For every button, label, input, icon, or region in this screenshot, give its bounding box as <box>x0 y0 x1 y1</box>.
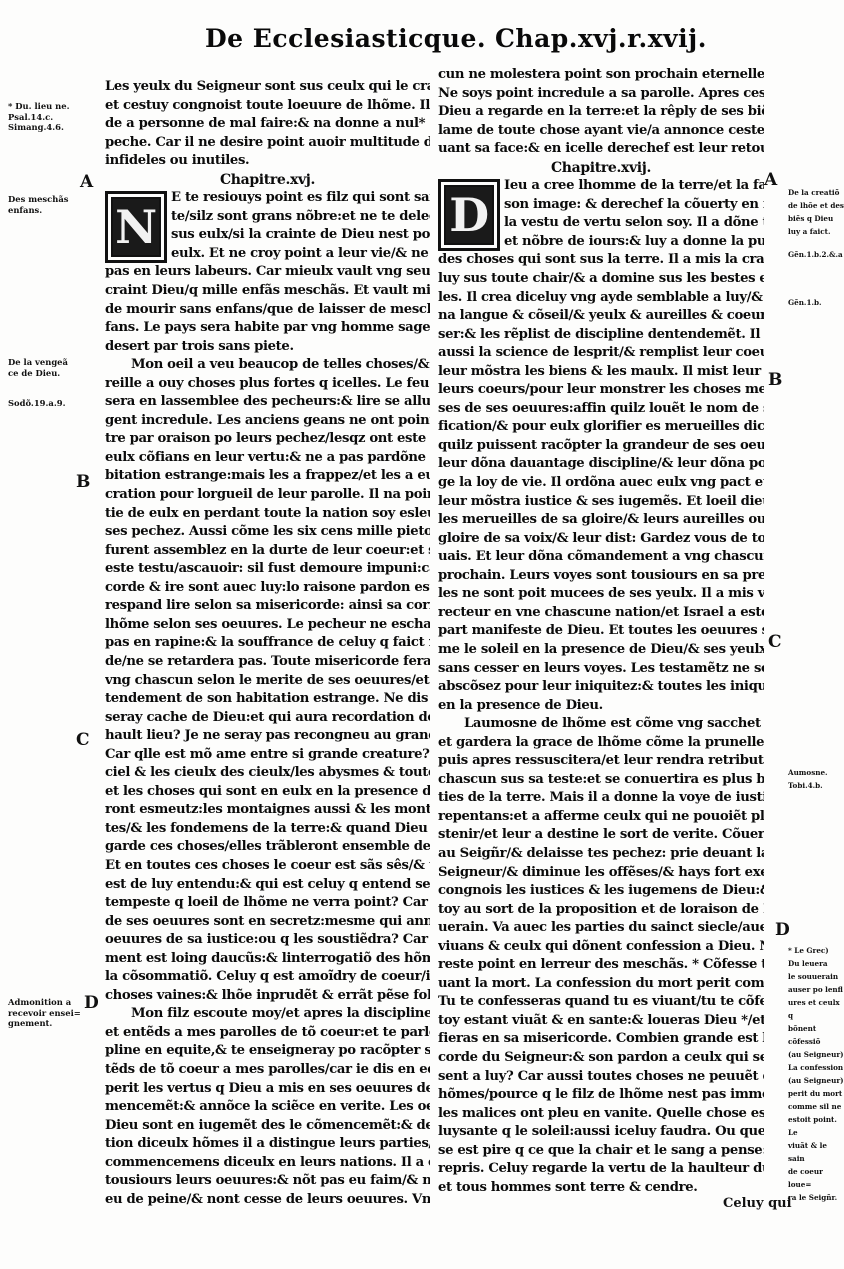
right-pre-chapter-text: cun ne molestera point son prochain eter… <box>438 66 764 159</box>
text-line: cration pour lorgueil de leur parolle. I… <box>105 486 430 505</box>
text-line: aussi la science de lesprit/& remplist l… <box>438 344 764 363</box>
text-line: cun ne molestera point son prochain eter… <box>438 66 764 85</box>
text-line: de ses oeuures sont en secretz:mesme qui… <box>105 913 430 932</box>
text-line: et nõbre de iours:& luy a donne la puiss… <box>504 233 764 252</box>
text-line: mencemẽt:& annõce la sciẽce en verite. L… <box>105 1098 430 1117</box>
text-line: hault lieu? Je ne seray pas recongneu au… <box>105 727 430 746</box>
text-line: ciel & les cieulx des cieulx/les abysmes… <box>105 764 430 783</box>
text-line: eulx cõfians en leur vertu:& ne a pas pa… <box>105 449 430 468</box>
text-line: leurs coeurs/pour leur monstrer les chos… <box>438 381 764 400</box>
text-line: tion diceulx hõmes il a distingue leurs … <box>105 1135 430 1154</box>
illuminated-initial-d: D <box>438 179 500 251</box>
left-dropcap-lines: E te resiouys point es filz qui sont san… <box>171 189 430 263</box>
text-line: puis apres ressuscitera/et leur rendra r… <box>438 752 764 771</box>
text-line: recteur en vne chascune nation/et Israel… <box>438 604 764 623</box>
text-line: luy sus toute chair/& a domine sus les b… <box>438 270 764 289</box>
text-line: et gardera la grace de lhõme cõme la pru… <box>438 734 764 753</box>
illuminated-initial-n: N <box>105 191 167 263</box>
section-marker-c: C <box>768 632 782 652</box>
text-line: son image: & derechef la cõuerty en icel… <box>504 196 764 215</box>
section-marker-d: D <box>84 993 99 1013</box>
text-line: sans cesser en leurs voyes. Les testamẽt… <box>438 660 764 679</box>
text-line: congnois les iustices & les iugemens de … <box>438 882 764 901</box>
text-line: Ieu a cree lhomme de la terre/et la faic… <box>504 177 764 196</box>
text-line: est de luy entendu:& qui est celuy q ent… <box>105 876 430 895</box>
text-line: fication/& pour eulx glorifier es meruei… <box>438 418 764 437</box>
text-line: ties de la terre. Mais il a donne la voy… <box>438 789 764 808</box>
text-line: et entẽds a mes parolles de tõ coeur:et … <box>105 1024 430 1043</box>
catchword: Celuy qui <box>723 1196 792 1211</box>
text-line: ront esmeutz:les montaignes aussi & les … <box>105 801 430 820</box>
text-line: pas en leurs labeurs. Car mieulx vault v… <box>105 263 430 282</box>
text-line: tes/& les fondemens de la terre:& quand … <box>105 820 430 839</box>
text-line: Et en toutes ces choses le coeur est sãs… <box>105 857 430 876</box>
chapter-heading-17: Chapitre.xvij. <box>438 159 764 178</box>
left-paragraph-2: Mon oeil a veu beaucop de telles choses/… <box>105 356 430 1005</box>
text-line: viuans & ceulx qui dõnent confession a D… <box>438 938 764 957</box>
book-page: De Ecclesiasticque. Chap.xvj.r.xvij. Les… <box>0 0 844 1269</box>
text-line: part manifeste de Dieu. Et toutes les oe… <box>438 622 764 641</box>
text-line: Les yeulx du Seigneur sont sus ceulx qui… <box>105 78 430 97</box>
margin-note-right: Gẽn.1.b. <box>788 296 844 309</box>
section-marker-d: D <box>775 920 790 940</box>
text-line: la cõsommatiõ. Celuy q est amoĩdry de co… <box>105 968 430 987</box>
text-line: Tu te confesseras quand tu es viuant/tu … <box>438 993 764 1012</box>
text-line: tre par oraison po leurs pechez/lesqz on… <box>105 430 430 449</box>
text-line: ses de ses oeuures:affin quilz louẽt le … <box>438 400 764 419</box>
text-line: leur dõna dauantage discipline/& leur dõ… <box>438 455 764 474</box>
text-line: les malices ont pleu en vanite. Quelle c… <box>438 1105 764 1124</box>
text-line: E te resiouys point es filz qui sont san… <box>171 189 430 208</box>
text-line: Mon filz escoute moy/et apres la discipl… <box>105 1005 430 1024</box>
left-dropcap-block: N E te resiouys point es filz qui sont s… <box>105 189 430 263</box>
text-line: infideles ou inutiles. <box>105 152 430 171</box>
text-line: et les choses qui sont en eulx en la pre… <box>105 783 430 802</box>
text-line: de/ne se retardera pas. Toute misericord… <box>105 653 430 672</box>
margin-note-left: Sodõ.19.a.9. <box>8 398 98 409</box>
text-line: les. Il crea diceluy vng ayde semblable … <box>438 289 764 308</box>
text-line: en la presence de Dieu. <box>438 697 764 716</box>
margin-note-left: Des meschãs enfans. <box>8 194 98 215</box>
text-line: na langue & cõseil/& yeulx & aureilles &… <box>438 307 764 326</box>
text-line: les merueilles de sa gloire/& leurs aure… <box>438 511 764 530</box>
text-line: me le soleil en la presence de Dieu/& se… <box>438 641 764 660</box>
section-marker-a: A <box>764 170 777 190</box>
text-line: des choses qui sont sus la terre. Il a m… <box>438 251 764 270</box>
text-line: corde & ire sont auec luy:lo raisone par… <box>105 579 430 598</box>
text-line: uant la mort. La confession du mort peri… <box>438 975 764 994</box>
margin-note-left: * Du. lieu ne. Psal.14.c. Simang.4.6. <box>8 101 98 133</box>
text-line: desert par trois sans piete. <box>105 338 430 357</box>
text-line: repris. Celuy regarde la vertu de la hau… <box>438 1160 764 1179</box>
text-line: Ne soys point incredule a sa parolle. Ap… <box>438 85 764 104</box>
text-line: toy au sort de la proposition et de lora… <box>438 901 764 920</box>
right-dropcap-block: D Ieu a cree lhomme de la terre/et la fa… <box>438 177 764 251</box>
text-line: sera en lassemblee des pecheurs:& lire s… <box>105 393 430 412</box>
text-line: gent incredule. Les anciens geans ne ont… <box>105 412 430 431</box>
text-line: la vestu de vertu selon soy. Il a dõne t… <box>504 214 764 233</box>
running-head-left: De Ecclesiasticque. <box>205 24 486 53</box>
text-line: respand lire selon sa misericorde: ainsi… <box>105 597 430 616</box>
text-line: reille a ouy choses plus fortes q icelle… <box>105 375 430 394</box>
text-line: sus eulx/si la crainte de Dieu nest poin… <box>171 226 430 245</box>
text-line: uant sa face:& en icelle derechef est le… <box>438 140 764 159</box>
section-marker-c: C <box>76 730 90 750</box>
text-line: uerain. Va auec les parties du sainct si… <box>438 919 764 938</box>
text-line: oeuures de sa iustice:ou q les soustiẽdr… <box>105 931 430 950</box>
text-line: fans. Le pays sera habite par vng homme … <box>105 319 430 338</box>
text-line: pas en rapine:& la souffrance de celuy q… <box>105 634 430 653</box>
text-line: ment est loing daucũs:& linterrogatiõ de… <box>105 950 430 969</box>
text-line: au Seigñr/& delaisse tes pechez: prie de… <box>438 845 764 864</box>
text-line: tousiours leurs oeuures:& nõt pas eu fai… <box>105 1172 430 1191</box>
text-line: quilz puissent racõpter la grandeur de s… <box>438 437 764 456</box>
text-line: Car qlle est mõ ame entre si grande crea… <box>105 746 430 765</box>
text-line: de mourir sans enfans/que de laisser de … <box>105 301 430 320</box>
text-line: seray cache de Dieu:et qui aura recordat… <box>105 709 430 728</box>
text-line: sent a luy? Car aussi toutes choses ne p… <box>438 1068 764 1087</box>
left-text-column: Les yeulx du Seigneur sont sus ceulx qui… <box>105 78 430 1209</box>
text-line: se est pire q ce que la chair et le sang… <box>438 1142 764 1161</box>
text-line: de a personne de mal faire:& na donne a … <box>105 115 430 134</box>
text-line: leur mõstra les biens & les maulx. Il mi… <box>438 363 764 382</box>
text-line: corde du Seigneur:& son pardon a ceulx q… <box>438 1049 764 1068</box>
text-line: garde ces choses/elles trãbleront ensemb… <box>105 838 430 857</box>
section-marker-a: A <box>80 172 93 192</box>
margin-note-right: Aumosne. Tobi.4.b. <box>788 766 844 792</box>
text-line: este testu/ascauoir: sil fust demoure im… <box>105 560 430 579</box>
chapter-heading-16: Chapitre.xvj. <box>105 171 430 190</box>
text-line: gloire de sa voix/& leur dist: Gardez vo… <box>438 530 764 549</box>
text-line: uais. Et leur dõna cõmandement a vng cha… <box>438 548 764 567</box>
text-line: craint Dieu/q mille enfãs meschãs. Et va… <box>105 282 430 301</box>
text-line: choses vaines:& lhõe inprudẽt & errãt pẽ… <box>105 987 430 1006</box>
text-line: vng chascun selon le merite de ses oeuur… <box>105 672 430 691</box>
text-line: et cestuy congnoist toute loeuure de lhõ… <box>105 97 430 116</box>
text-line: reste point en lerreur des meschãs. * Cõ… <box>438 956 764 975</box>
text-line: Dieu sont en iugemẽt des le cõmencemẽt:&… <box>105 1117 430 1136</box>
margin-note-right: * Le Grec) Du leuera le souuerain auser … <box>788 944 844 1204</box>
text-line: eulx. Et ne croy point a leur vie/& ne r… <box>171 245 430 264</box>
text-line: chascun sus sa teste:et se conuertira es… <box>438 771 764 790</box>
text-line: Seigneur/& diminue les offẽses/& hays fo… <box>438 864 764 883</box>
right-text-column: cun ne molestera point son prochain eter… <box>438 66 764 1197</box>
text-line: pline en equite,& te enseigneray po racõ… <box>105 1042 430 1061</box>
text-line: fieras en sa misericorde. Combien grande… <box>438 1030 764 1049</box>
text-line: prochain. Leurs voyes sont tousiours en … <box>438 567 764 586</box>
left-chapter-text: pas en leurs labeurs. Car mieulx vault v… <box>105 263 430 356</box>
text-line: ses pechez. Aussi cõme les six cens mill… <box>105 523 430 542</box>
left-pre-chapter-text: Les yeulx du Seigneur sont sus ceulx qui… <box>105 78 430 171</box>
text-line: peche. Car il ne desire point auoir mult… <box>105 134 430 153</box>
text-line: luysante q le soleil:aussi iceluy faudra… <box>438 1123 764 1142</box>
text-line: abscõsez pour leur iniquitez:& toutes le… <box>438 678 764 697</box>
text-line: et tous hommes sont terre & cendre. <box>438 1179 764 1198</box>
text-line: eu de peine/& nont cesse de leurs oeuure… <box>105 1191 430 1210</box>
text-line: perit les vertus q Dieu a mis en ses oeu… <box>105 1080 430 1099</box>
section-marker-b: B <box>76 472 90 492</box>
text-line: repentans:et a afferme ceulx qui ne pouo… <box>438 808 764 827</box>
text-line: te/silz sont grans nõbre:et ne te delect… <box>171 208 430 227</box>
right-dropcap-lines: Ieu a cree lhomme de la terre/et la faic… <box>504 177 764 251</box>
text-line: leur mõstra iustice & ses iugemẽs. Et lo… <box>438 493 764 512</box>
margin-note-right: De la creatiõ de lhõe et des biẽs q Dieu… <box>788 186 844 238</box>
text-line: tempeste q loeil de lhõme ne verra point… <box>105 894 430 913</box>
margin-note-left: De la vengeã ce de Dieu. <box>8 357 98 378</box>
left-paragraph-3: Mon filz escoute moy/et apres la discipl… <box>105 1005 430 1209</box>
text-line: Dieu a regarde en la terre:et la rêply d… <box>438 103 764 122</box>
text-line: lame de toute chose ayant vie/a annonce … <box>438 122 764 141</box>
text-line: lhõme selon ses oeuures. Le pecheur ne e… <box>105 616 430 635</box>
text-line: toy estant viuãt & en sante:& loueras Di… <box>438 1012 764 1031</box>
text-line: ser:& les rẽplist de discipline dentende… <box>438 326 764 345</box>
text-line: furent assemblez en la durte de leur coe… <box>105 542 430 561</box>
right-paragraph-2: Laumosne de lhõme est cõme vng sacchet a… <box>438 715 764 1197</box>
right-chapter-text: des choses qui sont sus la terre. Il a m… <box>438 251 764 715</box>
text-line: Mon oeil a veu beaucop de telles choses/… <box>105 356 430 375</box>
running-head-right: Chap.xvj.r.xvij. <box>495 24 707 53</box>
section-marker-b: B <box>768 370 782 390</box>
text-line: les ne sont poit mucees de ses yeulx. Il… <box>438 585 764 604</box>
text-line: ge la loy de vie. Il ordõna auec eulx vn… <box>438 474 764 493</box>
text-line: tẽds de tõ coeur a mes parolles/car ie d… <box>105 1061 430 1080</box>
margin-note-right: Gẽn.1.b.2.&.a <box>788 248 844 261</box>
text-line: stenir/et leur a destine le sort de veri… <box>438 826 764 845</box>
text-line: bitation estrange:mais les a frappez/et … <box>105 467 430 486</box>
text-line: tie de eulx en perdant toute la nation s… <box>105 505 430 524</box>
text-line: commencemens diceulx en leurs nations. I… <box>105 1154 430 1173</box>
text-line: hõmes/pource q le filz de lhõme nest pas… <box>438 1086 764 1105</box>
text-line: Laumosne de lhõme est cõme vng sacchet a… <box>438 715 764 734</box>
text-line: tendement de son habitation estrange. Ne… <box>105 690 430 709</box>
